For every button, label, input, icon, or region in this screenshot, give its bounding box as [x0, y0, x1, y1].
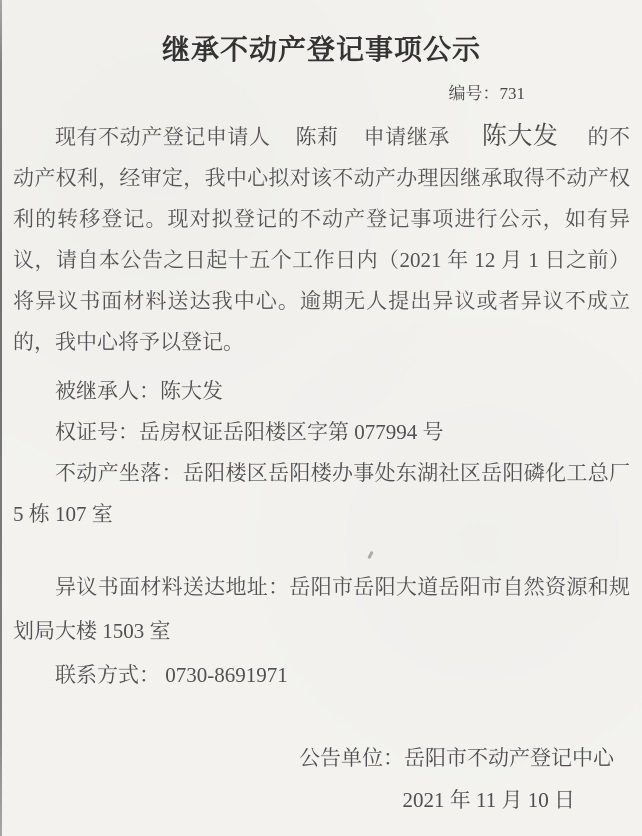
objection-address-line: 异议书面材料送达地址：岳阳市岳阳大道岳阳市自然资源和规划局大楼 1503 室	[13, 565, 630, 653]
footer-block: 公告单位：岳阳市不动产登记中心 2021 年 11 月 10 日	[13, 737, 630, 821]
intro-middle: 申请继承	[364, 125, 450, 149]
certificate-line: 权证号：岳房权证岳阳楼区字第 077994 号	[13, 412, 630, 453]
scanned-notice-page: 继承不动产登记事项公示 编号：731 现有不动产登记申请人陈莉申请继承陈大发的不…	[0, 0, 642, 836]
date-line: 2021 年 11 月 10 日	[13, 779, 630, 821]
notice-number: 编号：731	[13, 84, 630, 104]
issuer-line: 公告单位：岳阳市不动产登记中心	[13, 737, 630, 779]
location-line: 不动产坐落：岳阳楼区岳阳楼办事处东湖社区岳阳磷化工总厂 5 栋 107 室	[13, 453, 630, 535]
notice-content: 继承不动产登记事项公示 编号：731 现有不动产登记申请人陈莉申请继承陈大发的不…	[0, 0, 642, 821]
intro-paragraph: 现有不动产登记申请人陈莉申请继承陈大发的不动产权利，经审定，我中心拟对该不动产办…	[13, 116, 630, 363]
decedent-name-inline: 陈大发	[482, 123, 559, 150]
page-title: 继承不动产登记事项公示	[13, 32, 630, 70]
intro-prefix: 现有不动产登记申请人	[55, 125, 271, 149]
decedent-line: 被继承人：陈大发	[13, 371, 630, 412]
objection-block: 异议书面材料送达地址：岳阳市岳阳大道岳阳市自然资源和规划局大楼 1503 室 联…	[13, 565, 630, 697]
applicant-name: 陈莉	[296, 125, 339, 149]
contact-line: 联系方式： 0730-8691971	[13, 653, 630, 697]
details-block: 被继承人：陈大发 权证号：岳房权证岳阳楼区字第 077994 号 不动产坐落：岳…	[13, 371, 630, 535]
intro-rest: 的不动产权利，经审定，我中心拟对该不动产办理因继承取得不动产权利的转移登记。现对…	[13, 125, 630, 354]
